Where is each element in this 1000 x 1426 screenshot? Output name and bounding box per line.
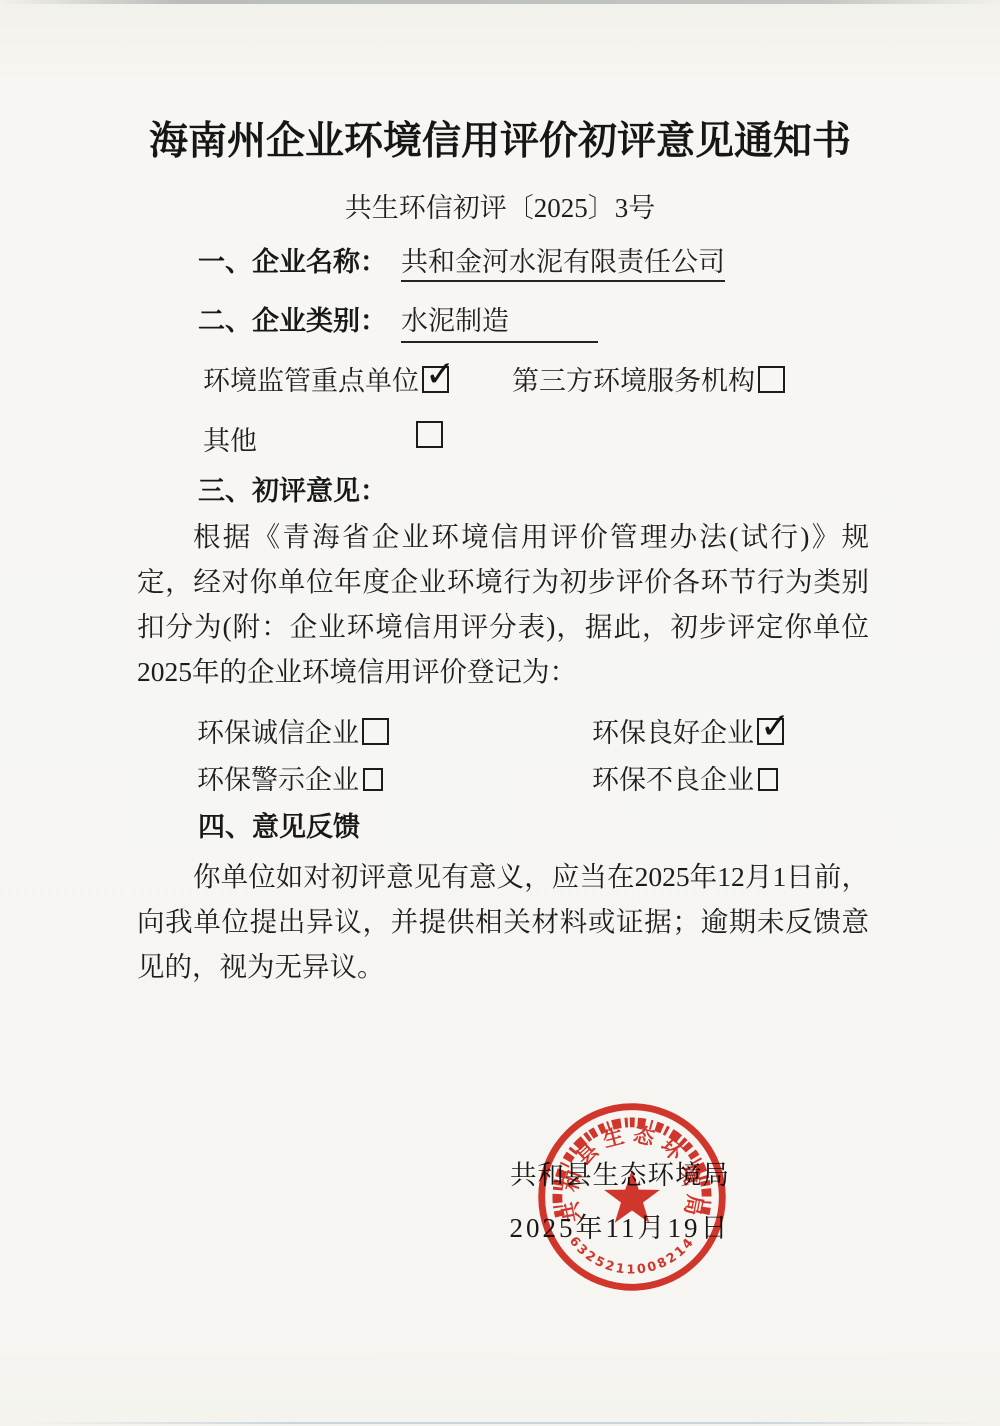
checkbox-rating-chengxin [362, 718, 389, 745]
rating-row-1: 环保诚信企业 环保良好企业 [0, 711, 1000, 751]
rating-row-2: 环保警示企业 环保不良企业 [0, 758, 1000, 798]
company-category-row: 二、企业类别：水泥制造 [198, 299, 598, 343]
scanned-document-page: 海南州企业环境信用评价初评意见通知书 共生环信初评〔2025〕3号 一、企业名称… [0, 0, 1000, 1426]
scan-edge-artifact-bottom [0, 1422, 1000, 1424]
section-feedback-heading: 四、意见反馈 [198, 805, 360, 844]
rating-chengxin: 环保诚信企业 [197, 711, 389, 750]
unit-type-other-label: 其他 [203, 419, 257, 458]
unit-type-key-supervision: 环境监管重点单位 [203, 359, 449, 398]
rating-jingshi: 环保警示企业 [197, 758, 383, 797]
seal-star-icon [604, 1170, 660, 1223]
rating-buliang-label: 环保不良企业 [592, 765, 754, 795]
document-title: 海南州企业环境信用评价初评意见通知书 [0, 110, 1000, 166]
unit-type-key-supervision-label: 环境监管重点单位 [203, 366, 419, 396]
opinion-paragraph: 根据《青海省企业环境信用评价管理办法(试行)》规定，经对你单位年度企业环境行为初… [137, 514, 869, 694]
official-red-seal: 共和县生态环境局 6325211008214 [524, 1089, 740, 1305]
checkbox-rating-buliang [758, 768, 778, 791]
checkbox-rating-jingshi [363, 768, 383, 791]
rating-lianghao: 环保良好企业 [592, 711, 784, 750]
rating-buliang: 环保不良企业 [592, 758, 778, 797]
scan-edge-artifact-top [0, 0, 1000, 4]
feedback-paragraph: 你单位如对初评意见有意义，应当在2025年12月1日前，向我单位提出异议，并提供… [137, 854, 869, 989]
document-number: 共生环信初评〔2025〕3号 [0, 186, 1000, 225]
unit-type-third-party-label: 第三方环境服务机构 [512, 366, 755, 396]
unit-type-third-party: 第三方环境服务机构 [512, 359, 785, 398]
company-name-row: 一、企业名称：共和金河水泥有限责任公司 [198, 240, 725, 279]
company-category-value: 水泥制造 [401, 299, 598, 343]
rating-lianghao-label: 环保良好企业 [592, 718, 754, 748]
company-category-label: 二、企业类别： [198, 306, 387, 336]
company-name-label: 一、企业名称： [198, 247, 387, 277]
checkbox-third-party [758, 366, 785, 393]
rating-chengxin-label: 环保诚信企业 [197, 718, 359, 748]
unit-type-other-row: 其他 [0, 419, 1000, 450]
checkbox-key-supervision [422, 366, 449, 393]
checkbox-other [416, 421, 443, 448]
rating-jingshi-label: 环保警示企业 [197, 765, 359, 795]
company-name-value: 共和金河水泥有限责任公司 [401, 247, 725, 282]
section-opinion-heading: 三、初评意见： [198, 469, 387, 508]
checkbox-rating-lianghao [757, 718, 784, 745]
